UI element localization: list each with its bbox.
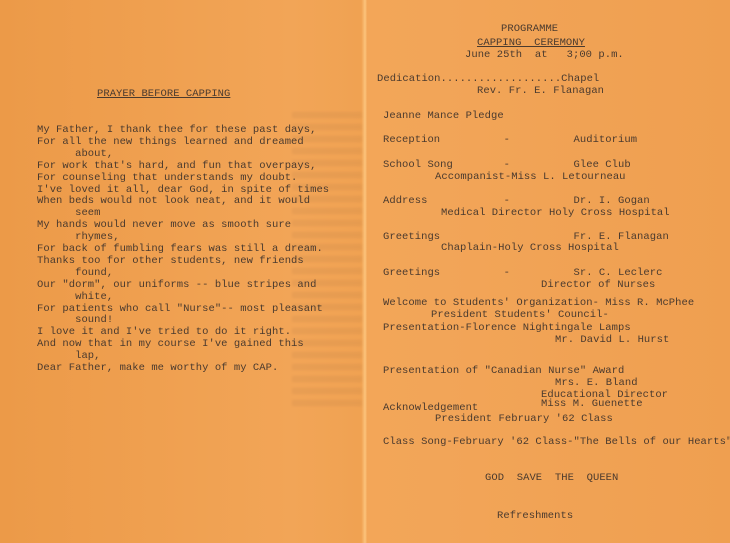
prayer-line: I've loved it all, dear God, in spite of… [37, 184, 329, 196]
prayer-line: And now that in my course I've gained th… [37, 338, 304, 350]
prayer-line: For counseling that understands my doubt… [37, 172, 297, 184]
ceremony-date: June 25th at 3;00 p.m. [465, 49, 624, 61]
prayer-line: sound! [37, 314, 113, 326]
programme-item: Mr. David L. Hurst [555, 334, 669, 346]
programme-item: Presentation of "Canadian Nurse" Award [383, 365, 624, 377]
prayer-line: found, [37, 267, 113, 279]
programme-item: Rev. Fr. E. Flanagan [477, 85, 604, 97]
programme-item: Mrs. E. Bland [555, 377, 638, 389]
programme-item: GOD SAVE THE QUEEN [485, 472, 618, 484]
right-page-programme: PROGRAMME CAPPING CEREMONY June 25th at … [365, 0, 730, 543]
programme-item: School Song - Glee Club [383, 159, 631, 171]
programme-item: Medical Director Holy Cross Hospital [441, 207, 670, 219]
programme-item: Welcome to Students' Organization- Miss … [383, 297, 694, 309]
programme-item: Presentation-Florence Nightingale Lamps [383, 322, 631, 334]
prayer-line: rhymes, [37, 231, 120, 243]
programme-item: Class Song-February '62 Class-"The Bells… [383, 436, 730, 448]
prayer-line: For patients who call "Nurse"-- most ple… [37, 303, 323, 315]
prayer-line: For back of fumbling fears was still a d… [37, 243, 323, 255]
ceremony-title: CAPPING CEREMONY [477, 37, 585, 49]
programme-item: Address - Dr. I. Gogan [383, 195, 650, 207]
prayer-line: seem [37, 207, 101, 219]
programme-heading: PROGRAMME [501, 23, 558, 35]
prayer-line: Our "dorm", our uniforms -- blue stripes… [37, 279, 316, 291]
prayer-line: white, [37, 291, 113, 303]
programme-item: President February '62 Class [435, 413, 613, 425]
programme-item: Reception - Auditorium [383, 134, 637, 146]
prayer-line: about, [37, 148, 113, 160]
prayer-line: I love it and I've tried to do it right. [37, 326, 291, 338]
prayer-title: PRAYER BEFORE CAPPING [97, 88, 230, 100]
prayer-line: When beds would not look neat, and it wo… [37, 195, 310, 207]
programme-item: President Students' Council- [431, 309, 609, 321]
programme-sheet: PRAYER BEFORE CAPPING My Father, I thank… [0, 0, 730, 543]
programme-item: Greetings - Sr. C. Leclerc [383, 267, 662, 279]
programme-item: Jeanne Mance Pledge [383, 110, 504, 122]
programme-item: Refreshments [497, 510, 573, 522]
programme-item: Director of Nurses [541, 279, 655, 291]
programme-item: Accompanist-Miss L. Letourneau [435, 171, 626, 183]
prayer-line: Thanks too for other students, new frien… [37, 255, 304, 267]
prayer-line: My Father, I thank thee for these past d… [37, 124, 316, 136]
programme-item: Chaplain-Holy Cross Hospital [441, 242, 619, 254]
prayer-line: lap, [37, 350, 101, 362]
programme-item: Miss M. Guenette [541, 398, 643, 410]
programme-item: Dedication...................Chapel [377, 73, 599, 85]
prayer-line: For all the new things learned and dream… [37, 136, 304, 148]
prayer-line: Dear Father, make me worthy of my CAP. [37, 362, 278, 374]
prayer-line: For work that's hard, and fun that overp… [37, 160, 316, 172]
left-page-prayer: PRAYER BEFORE CAPPING My Father, I thank… [0, 0, 365, 543]
prayer-line: My hands would never move as smooth sure [37, 219, 291, 231]
